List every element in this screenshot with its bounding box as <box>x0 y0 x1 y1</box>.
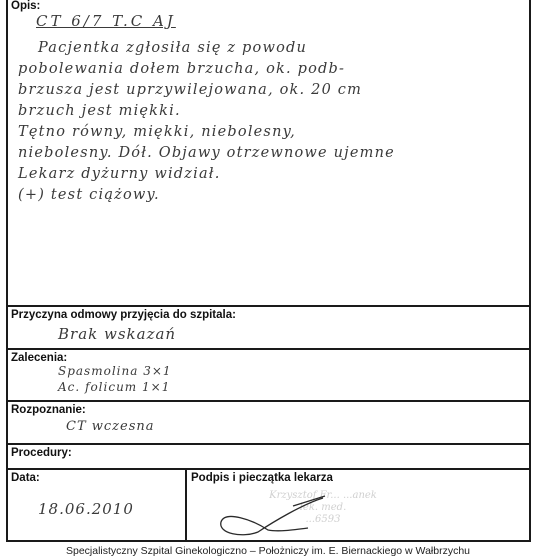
data-label: Data: <box>11 472 40 484</box>
section-zalecenia: Zalecenia: Spasmolina 3×1 Ac. folicum 1×… <box>8 348 529 402</box>
signature-icon <box>213 492 333 537</box>
section-procedury: Procedury: <box>8 443 529 470</box>
zalecenia-line: Spasmolina 3×1 <box>58 364 172 378</box>
opis-line: niebolesny. Dół. Objawy otrzewnowe ujemn… <box>18 145 395 166</box>
procedury-label: Procedury: <box>11 447 72 459</box>
opis-text: Pacjentka zgłosiła się z powodu pobolewa… <box>18 40 395 208</box>
opis-header-note: CT 6/7 T.C AJ <box>36 12 176 30</box>
hospital-footer: Specjalistyczny Szpital Ginekologiczno –… <box>0 545 536 557</box>
opis-line: (+) test ciążowy. <box>18 187 395 208</box>
przyczyna-value: Brak wskazań <box>58 325 176 343</box>
opis-label: Opis: <box>11 0 40 12</box>
opis-line: brzusza jest uprzywilejowana, ok. 20 cm <box>18 82 395 103</box>
data-value: 18.06.2010 <box>38 500 134 518</box>
opis-line: Tętno równy, miękki, niebolesny, <box>18 124 395 145</box>
opis-line: brzuch jest miękki. <box>18 103 395 124</box>
podpis-label: Podpis i pieczątka lekarza <box>191 472 333 484</box>
medical-form: Opis: CT 6/7 T.C AJ Pacjentka zgłosiła s… <box>6 0 531 542</box>
zalecenia-line: Ac. folicum 1×1 <box>58 380 170 394</box>
opis-line: pobolewania dołem brzucha, ok. podb- <box>18 61 395 82</box>
przyczyna-label: Przyczyna odmowy przyjęcia do szpitala: <box>11 309 236 321</box>
rozpoznanie-value: CT wczesna <box>66 419 155 434</box>
zalecenia-label: Zalecenia: <box>11 352 67 364</box>
section-data-podpis: Data: 18.06.2010 Podpis i pieczątka leka… <box>8 468 529 542</box>
section-przyczyna: Przyczyna odmowy przyjęcia do szpitala: … <box>8 305 529 350</box>
section-rozpoznanie: Rozpoznanie: CT wczesna <box>8 400 529 445</box>
opis-line: Pacjentka zgłosiła się z powodu <box>18 40 395 61</box>
rozpoznanie-label: Rozpoznanie: <box>11 404 86 416</box>
opis-line: Lekarz dyżurny widział. <box>18 166 395 187</box>
column-divider <box>185 470 187 542</box>
section-opis: Opis: CT 6/7 T.C AJ Pacjentka zgłosiła s… <box>8 0 529 307</box>
